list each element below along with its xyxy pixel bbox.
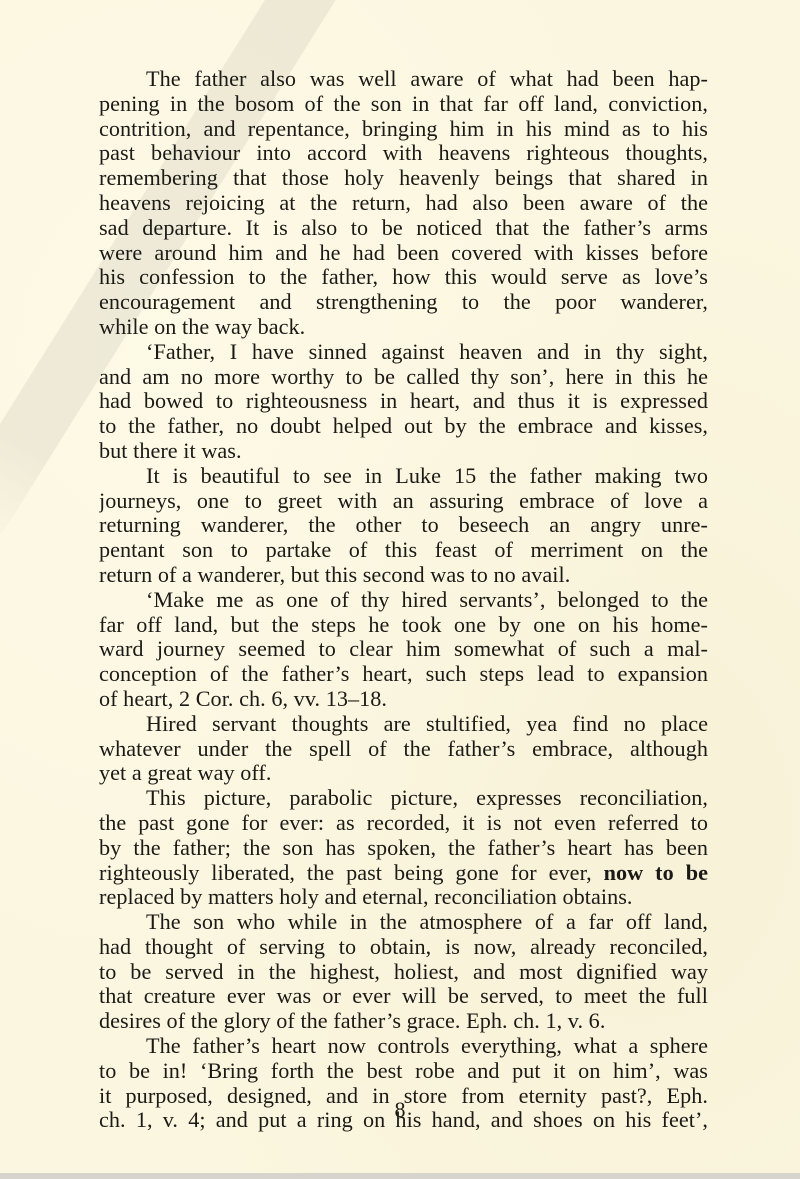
text-line: encouragement and strengthening to the p…	[99, 290, 708, 315]
text-line: and am no more worthy to be called thy s…	[99, 365, 708, 390]
text-line-content: by the father; the son has spoken, the f…	[99, 836, 708, 860]
text-line-content: sad departure. It is also to be noticed …	[99, 216, 708, 240]
text-line-content: ‘Make me as one of thy hired servants’, …	[146, 588, 708, 612]
text-line-content: to be in! ‘Bring forth the best robe and…	[99, 1059, 708, 1083]
text-line: that creature ever was or ever will be s…	[99, 984, 708, 1009]
text-line: of heart, 2 Cor. ch. 6, vv. 13–18.	[99, 687, 708, 712]
text-line-content: while on the way back.	[99, 314, 305, 339]
text-line-content: This picture, parabolic picture, express…	[146, 786, 708, 810]
text-line: heavens rejoicing at the return, had als…	[99, 191, 708, 216]
text-line: to be served in the highest, holiest, an…	[99, 960, 708, 985]
text-line-content: desires of the glory of the father’s gra…	[99, 1008, 605, 1033]
text-line-content: contrition, and repentance, bringing him…	[99, 117, 708, 141]
text-line-content: far off land, but the steps he took one …	[99, 613, 708, 637]
text-line: yet a great way off.	[99, 761, 708, 786]
text-line: desires of the glory of the father’s gra…	[99, 1009, 708, 1034]
text-line: were around him and he had been covered …	[99, 241, 708, 266]
text-line: It is beautiful to see in Luke 15 the fa…	[99, 464, 708, 489]
text-line-content: Hired servant thoughts are stultified, y…	[146, 712, 708, 736]
text-line: to be in! ‘Bring forth the best robe and…	[99, 1059, 708, 1084]
text-line: The son who while in the atmosphere of a…	[99, 910, 708, 935]
text-line-content: of heart, 2 Cor. ch. 6, vv. 13–18.	[99, 686, 387, 711]
text-line: sad departure. It is also to be noticed …	[99, 216, 708, 241]
text-line-content: to the father, no doubt helped out by th…	[99, 414, 708, 438]
text-line-content: that creature ever was or ever will be s…	[99, 984, 708, 1008]
text-line: Hired servant thoughts are stultified, y…	[99, 712, 708, 737]
text-line-content: ‘Father, I have sinned against heaven an…	[146, 340, 708, 364]
text-line: replaced by matters holy and eternal, re…	[99, 885, 708, 910]
text-line: pening in the bosom of the son in that f…	[99, 92, 708, 117]
text-line: journeys, one to greet with an assuring …	[99, 489, 708, 514]
text-line-content: yet a great way off.	[99, 760, 271, 785]
text-line-content: past behaviour into accord with heavens …	[99, 141, 708, 165]
text-line-content: the past gone for ever: as recorded, it …	[99, 811, 708, 835]
text-line-content: pentant son to partake of this feast of …	[99, 538, 708, 562]
text-line: had thought of serving to obtain, is now…	[99, 935, 708, 960]
text-line-content: whatever under the spell of the father’s…	[99, 737, 708, 761]
text-line: his confession to the father, how this w…	[99, 265, 708, 290]
text-line-content: had bowed to righteousness in heart, and…	[99, 389, 708, 413]
text-line-content: were around him and he had been covered …	[99, 241, 708, 265]
text-line-content: The father also was well aware of what h…	[146, 67, 708, 91]
text-line: ‘Father, I have sinned against heaven an…	[99, 340, 708, 365]
text-line-content: conception of the father’s heart, such s…	[99, 662, 708, 686]
text-line: while on the way back.	[99, 315, 708, 340]
text-line: whatever under the spell of the father’s…	[99, 737, 708, 762]
text-line: the past gone for ever: as recorded, it …	[99, 811, 708, 836]
text-line: past behaviour into accord with heavens …	[99, 141, 708, 166]
text-line-content: remembering that those holy heavenly bei…	[99, 166, 708, 190]
text-line-content: ward journey seemed to clear him somewha…	[99, 637, 708, 661]
text-line: to the father, no doubt helped out by th…	[99, 414, 708, 439]
text-line-content: pening in the bosom of the son in that f…	[99, 92, 708, 116]
text-line-content: replaced by matters holy and eternal, re…	[99, 884, 633, 909]
text-line-content: The son who while in the atmosphere of a…	[146, 910, 708, 934]
text-line-content: The father’s heart now controls everythi…	[146, 1034, 708, 1058]
text-line: conception of the father’s heart, such s…	[99, 662, 708, 687]
text-line: but there it was.	[99, 439, 708, 464]
text-line: remembering that those holy heavenly bei…	[99, 166, 708, 191]
text-line-content: It is beautiful to see in Luke 15 the fa…	[146, 464, 708, 488]
text-line: This picture, parabolic picture, express…	[99, 786, 708, 811]
text-line-content: and am no more worthy to be called thy s…	[99, 365, 708, 389]
text-line: contrition, and repentance, bringing him…	[99, 117, 708, 142]
text-line: far off land, but the steps he took one …	[99, 613, 708, 638]
bold-emphasis: now to be	[592, 861, 708, 885]
page-body-text: The father also was well aware of what h…	[99, 67, 708, 1133]
text-line: pentant son to partake of this feast of …	[99, 538, 708, 563]
text-line: returning wanderer, the other to beseech…	[99, 513, 708, 538]
text-line-content: but there it was.	[99, 438, 242, 463]
text-line: righteously liberated, the past being go…	[99, 861, 708, 886]
text-line-content: his confession to the father, how this w…	[99, 265, 708, 289]
text-line: The father also was well aware of what h…	[99, 67, 708, 92]
text-line-content: encouragement and strengthening to the p…	[99, 290, 708, 314]
text-line-content: had thought of serving to obtain, is now…	[99, 935, 708, 959]
page-number: 8	[0, 1097, 800, 1123]
text-line: ward journey seemed to clear him somewha…	[99, 637, 708, 662]
text-line-content: to be served in the highest, holiest, an…	[99, 960, 708, 984]
text-line-content: righteously liberated, the past being go…	[99, 861, 592, 885]
text-line: by the father; the son has spoken, the f…	[99, 836, 708, 861]
text-line: return of a wanderer, but this second wa…	[99, 563, 708, 588]
text-line-content: heavens rejoicing at the return, had als…	[99, 191, 708, 215]
text-line: had bowed to righteousness in heart, and…	[99, 389, 708, 414]
text-line-content: returning wanderer, the other to beseech…	[99, 513, 708, 537]
text-line: ‘Make me as one of thy hired servants’, …	[99, 588, 708, 613]
text-line-content: journeys, one to greet with an assuring …	[99, 489, 708, 513]
text-line-content: return of a wanderer, but this second wa…	[99, 562, 570, 587]
scan-edge	[0, 1173, 800, 1179]
text-line: The father’s heart now controls everythi…	[99, 1034, 708, 1059]
